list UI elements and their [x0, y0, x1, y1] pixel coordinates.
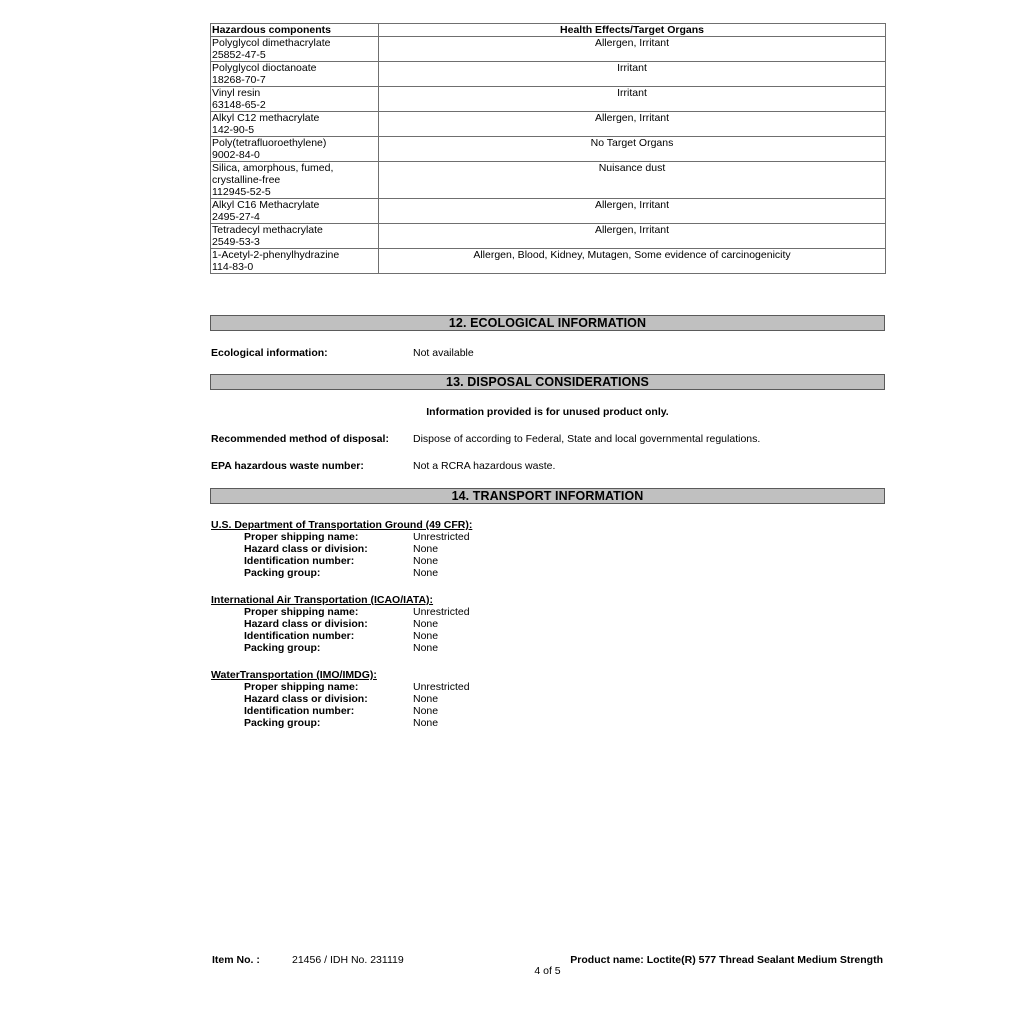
transport-row-label: Proper shipping name: [244, 681, 358, 693]
transport-row: Identification number:None [211, 705, 611, 717]
component-cell: Vinyl resin63148-65-2 [211, 87, 379, 112]
cas-number: 2495-27-4 [212, 211, 377, 223]
transport-row-value: None [413, 543, 438, 555]
transport-row-label: Hazard class or division: [244, 618, 368, 630]
table-header-row: Hazardous components Health Effects/Targ… [211, 24, 886, 37]
effects-cell: Irritant [379, 87, 886, 112]
component-name: Vinyl resin [212, 87, 260, 99]
transport-row-value: None [413, 630, 438, 642]
component-cell: 1-Acetyl-2-phenylhydrazine114-83-0 [211, 249, 379, 274]
component-cell: Polyglycol dimethacrylate25852-47-5 [211, 37, 379, 62]
component-name: Alkyl C16 Methacrylate [212, 199, 319, 211]
table-row: Poly(tetrafluoroethylene)9002-84-0 No Ta… [211, 137, 886, 162]
section-header-disposal: 13. DISPOSAL CONSIDERATIONS [210, 374, 885, 390]
transport-row-label: Packing group: [244, 717, 320, 729]
transport-row-value: Unrestricted [413, 606, 470, 618]
component-name: Poly(tetrafluoroethylene) [212, 137, 326, 149]
component-name: 1-Acetyl-2-phenylhydrazine [212, 249, 339, 261]
component-cell: Silica, amorphous, fumed, crystalline-fr… [211, 162, 379, 199]
epa-waste-value: Not a RCRA hazardous waste. [413, 460, 555, 472]
table-row: 1-Acetyl-2-phenylhydrazine114-83-0 Aller… [211, 249, 886, 274]
table-row: Alkyl C12 methacrylate142-90-5 Allergen,… [211, 112, 886, 137]
component-cell: Poly(tetrafluoroethylene)9002-84-0 [211, 137, 379, 162]
transport-row: Identification number:None [211, 555, 611, 567]
effects-cell: Allergen, Irritant [379, 224, 886, 249]
effects-cell: Allergen, Irritant [379, 112, 886, 137]
transport-row: Hazard class or division:None [211, 693, 611, 705]
transport-row-label: Hazard class or division: [244, 693, 368, 705]
cas-number: 18268-70-7 [212, 74, 377, 86]
disposal-method-label: Recommended method of disposal: [211, 433, 389, 445]
epa-waste-label: EPA hazardous waste number: [211, 460, 364, 472]
transport-row-value: Unrestricted [413, 531, 470, 543]
component-cell: Alkyl C16 Methacrylate2495-27-4 [211, 199, 379, 224]
transport-row-label: Packing group: [244, 567, 320, 579]
disposal-note: Information provided is for unused produ… [210, 406, 885, 418]
effects-cell: Allergen, Irritant [379, 37, 886, 62]
transport-block-title: WaterTransportation (IMO/IMDG): [211, 669, 611, 681]
transport-row: Hazard class or division:None [211, 618, 611, 630]
page-number: 4 of 5 [210, 965, 885, 977]
ecological-info-label: Ecological information: [211, 347, 328, 359]
transport-row: Packing group:None [211, 642, 611, 654]
transport-row-label: Identification number: [244, 555, 354, 567]
transport-block-dot-ground: U.S. Department of Transportation Ground… [211, 519, 611, 579]
component-cell: Tetradecyl methacrylate2549-53-3 [211, 224, 379, 249]
transport-row-label: Proper shipping name: [244, 531, 358, 543]
table-row: Polyglycol dioctanoate18268-70-7 Irritan… [211, 62, 886, 87]
effects-cell: No Target Organs [379, 137, 886, 162]
component-name: Alkyl C12 methacrylate [212, 112, 319, 124]
transport-row-label: Packing group: [244, 642, 320, 654]
transport-row-label: Identification number: [244, 705, 354, 717]
cas-number: 25852-47-5 [212, 49, 377, 61]
transport-row: Packing group:None [211, 567, 611, 579]
table-row: Vinyl resin63148-65-2 Irritant [211, 87, 886, 112]
table-row: Silica, amorphous, fumed, crystalline-fr… [211, 162, 886, 199]
transport-row: Hazard class or division:None [211, 543, 611, 555]
cas-number: 9002-84-0 [212, 149, 377, 161]
transport-row: Packing group:None [211, 717, 611, 729]
column-header-components: Hazardous components [211, 24, 379, 37]
transport-row-value: None [413, 642, 438, 654]
section-header-ecological: 12. ECOLOGICAL INFORMATION [210, 315, 885, 331]
transport-row: Identification number:None [211, 630, 611, 642]
transport-row-value: None [413, 705, 438, 717]
transport-row-value: None [413, 567, 438, 579]
transport-row-label: Identification number: [244, 630, 354, 642]
transport-block-air: International Air Transportation (ICAO/I… [211, 594, 611, 654]
cas-number: 63148-65-2 [212, 99, 377, 111]
table-row: Tetradecyl methacrylate2549-53-3 Allerge… [211, 224, 886, 249]
table-row: Polyglycol dimethacrylate25852-47-5 Alle… [211, 37, 886, 62]
transport-row: Proper shipping name:Unrestricted [211, 531, 611, 543]
section-header-transport: 14. TRANSPORT INFORMATION [210, 488, 885, 504]
component-name: Polyglycol dimethacrylate [212, 37, 330, 49]
transport-block-water: WaterTransportation (IMO/IMDG): Proper s… [211, 669, 611, 729]
component-cell: Polyglycol dioctanoate18268-70-7 [211, 62, 379, 87]
transport-row-value: None [413, 693, 438, 705]
effects-cell: Allergen, Blood, Kidney, Mutagen, Some e… [379, 249, 886, 274]
transport-block-title: International Air Transportation (ICAO/I… [211, 594, 611, 606]
cas-number: 142-90-5 [212, 124, 377, 136]
transport-row: Proper shipping name:Unrestricted [211, 606, 611, 618]
transport-row-value: None [413, 618, 438, 630]
transport-row-label: Hazard class or division: [244, 543, 368, 555]
cas-number: 112945-52-5 [212, 186, 377, 198]
component-name: Tetradecyl methacrylate [212, 224, 323, 236]
disposal-method-value: Dispose of according to Federal, State a… [413, 433, 760, 445]
component-cell: Alkyl C12 methacrylate142-90-5 [211, 112, 379, 137]
column-header-effects: Health Effects/Target Organs [379, 24, 886, 37]
effects-cell: Allergen, Irritant [379, 199, 886, 224]
effects-cell: Nuisance dust [379, 162, 886, 199]
transport-row-value: None [413, 555, 438, 567]
component-name: Polyglycol dioctanoate [212, 62, 316, 74]
transport-block-title: U.S. Department of Transportation Ground… [211, 519, 611, 531]
cas-number: 114-83-0 [212, 261, 377, 273]
transport-row: Proper shipping name:Unrestricted [211, 681, 611, 693]
cas-number: 2549-53-3 [212, 236, 377, 248]
hazardous-components-table: Hazardous components Health Effects/Targ… [210, 23, 886, 274]
component-name: Silica, amorphous, fumed, crystalline-fr… [212, 162, 342, 186]
effects-cell: Irritant [379, 62, 886, 87]
ecological-info-value: Not available [413, 347, 474, 359]
transport-row-value: Unrestricted [413, 681, 470, 693]
transport-row-label: Proper shipping name: [244, 606, 358, 618]
table-row: Alkyl C16 Methacrylate2495-27-4 Allergen… [211, 199, 886, 224]
transport-row-value: None [413, 717, 438, 729]
